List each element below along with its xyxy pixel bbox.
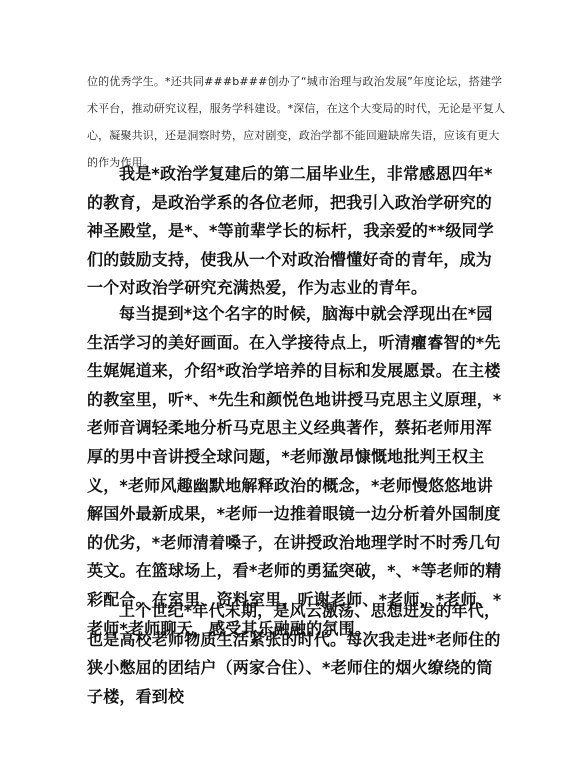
paragraph-text: 我是*政治学复建后的第二届毕业生，非常感恩四年*的教育，是政治学系的各位老师，把… xyxy=(87,160,507,303)
paragraph-text: 上个世纪*年代末期，是风云激荡、思想迸发的年代，也是高校老师物质生活紧张的时代。… xyxy=(87,597,507,711)
paragraph-era: 上个世纪*年代末期，是风云激荡、思想迸发的年代，也是高校老师物质生活紧张的时代。… xyxy=(87,597,507,711)
paragraph-graduate: 我是*政治学复建后的第二届毕业生，非常感恩四年*的教育，是政治学系的各位老师，把… xyxy=(87,160,507,303)
paragraph-text: 每当提到*这个名字的时候，脑海中就会浮现出在*园生活学习的美好画面。在入学接待点… xyxy=(87,300,507,643)
document-page: 位的优秀学生。*还共同###b###创办了“城市治理与政治发展”年度论坛，搭建学… xyxy=(0,0,586,759)
paragraph-memories: 每当提到*这个名字的时候，脑海中就会浮现出在*园生活学习的美好画面。在入学接待点… xyxy=(87,300,507,643)
